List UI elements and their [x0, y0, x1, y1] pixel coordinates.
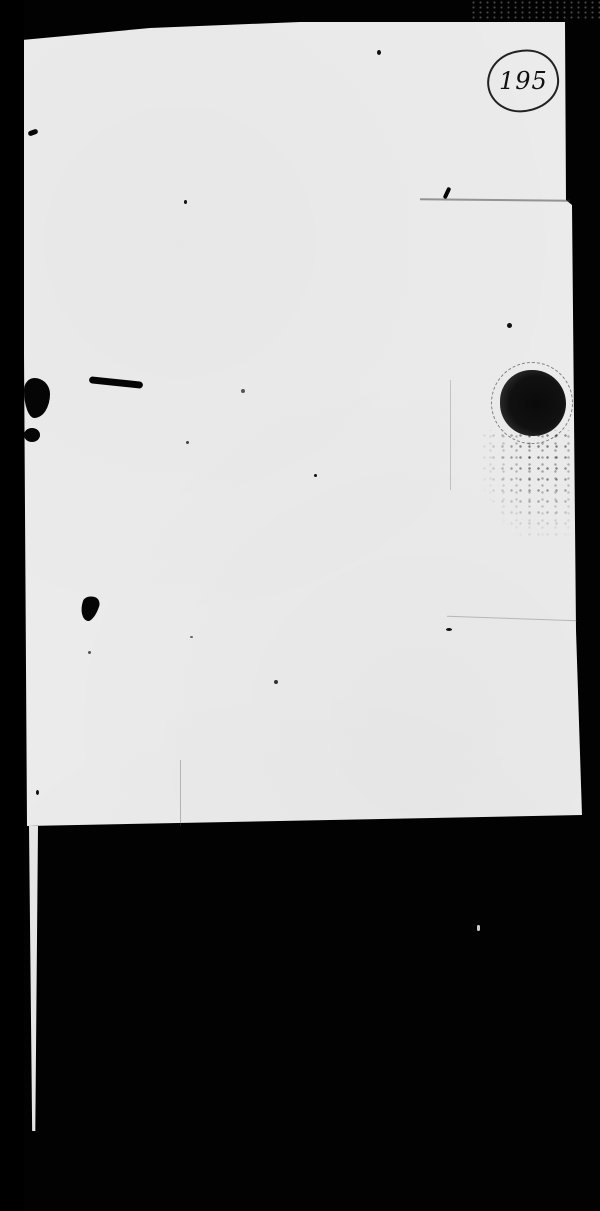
- scan-dust: [470, 0, 600, 20]
- wax-seal-icon: [500, 370, 566, 436]
- ink-dot: [507, 323, 512, 328]
- ink-edge-mark-lower: [24, 428, 40, 442]
- fold-line-vertical: [180, 760, 181, 826]
- scan-speck: [477, 925, 480, 931]
- ink-dot: [314, 474, 317, 477]
- ink-dot: [377, 50, 381, 55]
- ink-dot: [241, 389, 245, 393]
- folio-number: 195: [499, 67, 548, 95]
- ink-dot: [446, 628, 452, 631]
- ink-dot: [186, 441, 189, 444]
- seal-speckle: [480, 430, 570, 540]
- ink-dot: [184, 200, 187, 204]
- ink-dot: [274, 680, 278, 684]
- ink-dot: [190, 636, 193, 638]
- ink-dot: [36, 790, 39, 795]
- ink-dot: [88, 651, 91, 654]
- fold-line-vertical-seal: [450, 380, 451, 490]
- binding-spine: [0, 0, 24, 1211]
